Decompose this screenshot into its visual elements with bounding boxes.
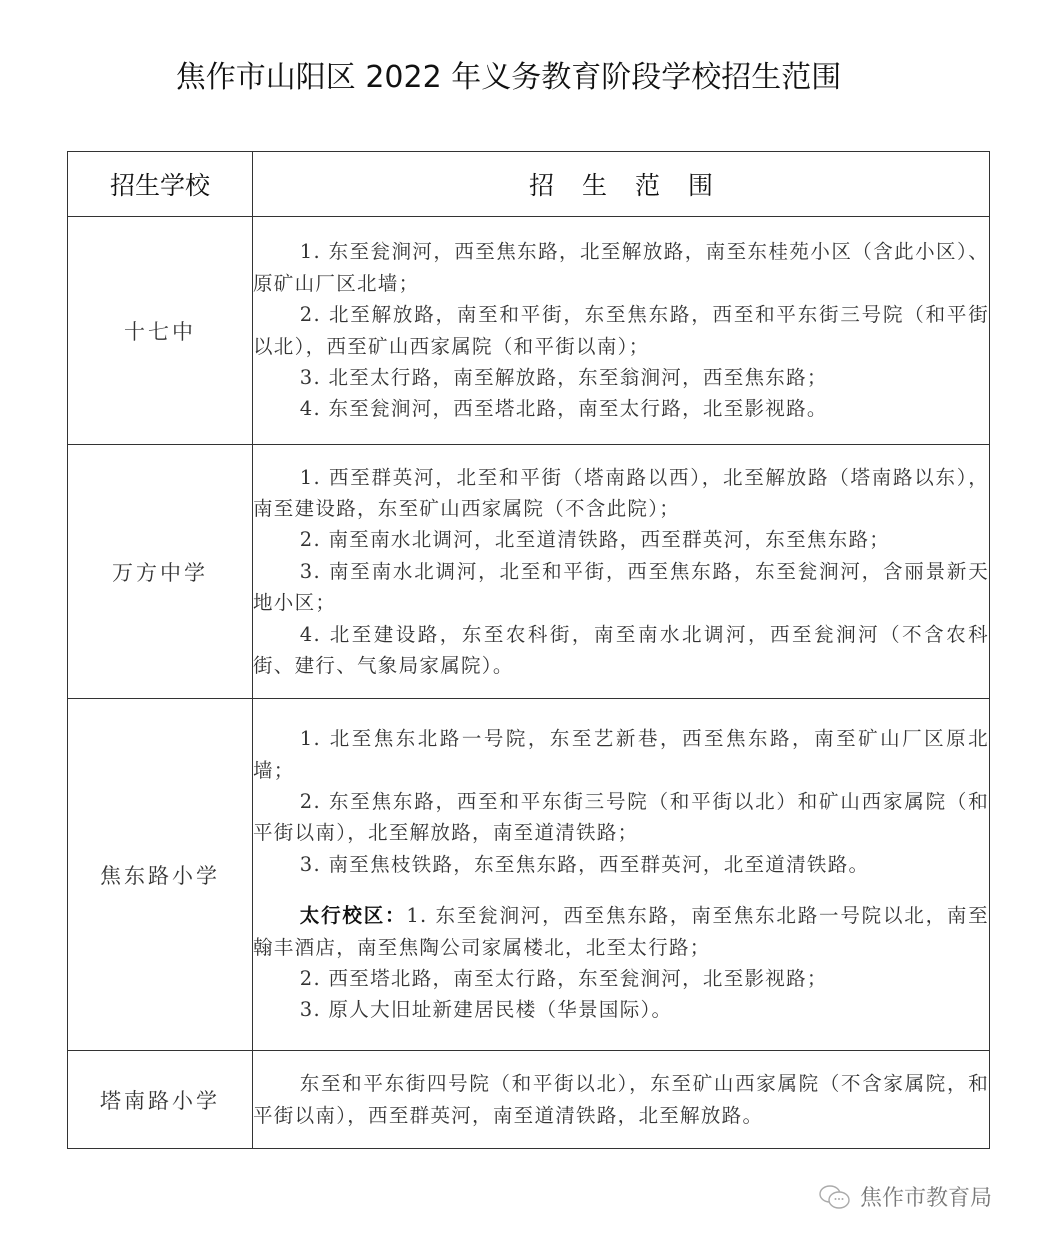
spacer bbox=[253, 880, 989, 900]
range-cell: 1. 东至瓮涧河，西至焦东路，北至解放路，南至东桂苑小区（含此小区）、原矿山厂区… bbox=[253, 217, 990, 445]
table-row: 万方中学 1. 西至群英河，北至和平街（塔南路以西），北至解放路（塔南路以东），… bbox=[68, 445, 990, 699]
range-item: 3. 北至太行路，南至解放路，东至翁涧河，西至焦东路； bbox=[253, 362, 989, 393]
range-item: 4. 东至瓮涧河，西至塔北路，南至太行路，北至影视路。 bbox=[253, 393, 989, 424]
source-name: 焦作市教育局 bbox=[860, 1181, 992, 1212]
table-row: 塔南路小学 东至和平东街四号院（和平街以北），东至矿山西家属院（不含家属院，和平… bbox=[68, 1051, 990, 1149]
table-header-row: 招生学校 招生范围 bbox=[68, 152, 990, 217]
enrollment-scope-table: 招生学校 招生范围 十七中 1. 东至瓮涧河，西至焦东路，北至解放路，南至东桂苑… bbox=[67, 151, 990, 1149]
range-item: 2. 北至解放路，南至和平街，东至焦东路，西至和平东街三号院（和平街以北），西至… bbox=[253, 299, 989, 362]
school-name: 焦东路小学 bbox=[68, 699, 253, 1051]
wechat-icon bbox=[818, 1183, 852, 1211]
table-row: 十七中 1. 东至瓮涧河，西至焦东路，北至解放路，南至东桂苑小区（含此小区）、原… bbox=[68, 217, 990, 445]
document-title: 焦作市山阳区 2022 年义务教育阶段学校招生范围 bbox=[0, 52, 1017, 96]
range-item: 1. 北至焦东北路一号院，东至艺新巷，西至焦东路，南至矿山厂区原北墙； bbox=[253, 723, 989, 786]
range-item: 2. 东至焦东路，西至和平东街三号院（和平街以北）和矿山西家属院（和平街以南），… bbox=[253, 786, 989, 849]
header-school: 招生学校 bbox=[68, 152, 253, 217]
campus-label: 太行校区： bbox=[300, 904, 407, 927]
range-cell: 1. 西至群英河，北至和平街（塔南路以西），北至解放路（塔南路以东），南至建设路… bbox=[253, 445, 990, 699]
range-item: 4. 北至建设路，东至农科街，南至南水北调河，西至瓮涧河（不含农科街、建行、气象… bbox=[253, 619, 989, 682]
range-item: 东至和平东街四号院（和平街以北），东至矿山西家属院（不含家属院，和平街以南），西… bbox=[253, 1068, 989, 1131]
range-cell: 东至和平东街四号院（和平街以北），东至矿山西家属院（不含家属院，和平街以南），西… bbox=[253, 1051, 990, 1149]
campus-range-item: 3. 原人大旧址新建居民楼（华景国际）。 bbox=[253, 994, 989, 1025]
source-watermark: 焦作市教育局 bbox=[818, 1181, 992, 1212]
school-name: 十七中 bbox=[68, 217, 253, 445]
range-item: 1. 东至瓮涧河，西至焦东路，北至解放路，南至东桂苑小区（含此小区）、原矿山厂区… bbox=[253, 236, 989, 299]
range-item: 3. 南至焦枝铁路，东至焦东路，西至群英河，北至道清铁路。 bbox=[253, 849, 989, 880]
range-item: 2. 南至南水北调河，北至道清铁路，西至群英河，东至焦东路； bbox=[253, 524, 989, 555]
range-cell: 1. 北至焦东北路一号院，东至艺新巷，西至焦东路，南至矿山厂区原北墙； 2. 东… bbox=[253, 699, 990, 1051]
campus-range-item: 2. 西至塔北路，南至太行路，东至瓮涧河，北至影视路； bbox=[253, 963, 989, 994]
campus-range-item: 太行校区：1. 东至瓮涧河，西至焦东路，南至焦东北路一号院以北，南至翰丰酒店，南… bbox=[253, 900, 989, 963]
range-item: 3. 南至南水北调河，北至和平街，西至焦东路，东至瓮涧河，含丽景新天地小区； bbox=[253, 556, 989, 619]
school-name: 塔南路小学 bbox=[68, 1051, 253, 1149]
range-item: 1. 西至群英河，北至和平街（塔南路以西），北至解放路（塔南路以东），南至建设路… bbox=[253, 462, 989, 525]
school-name: 万方中学 bbox=[68, 445, 253, 699]
header-range: 招生范围 bbox=[253, 152, 990, 217]
table-row: 焦东路小学 1. 北至焦东北路一号院，东至艺新巷，西至焦东路，南至矿山厂区原北墙… bbox=[68, 699, 990, 1051]
